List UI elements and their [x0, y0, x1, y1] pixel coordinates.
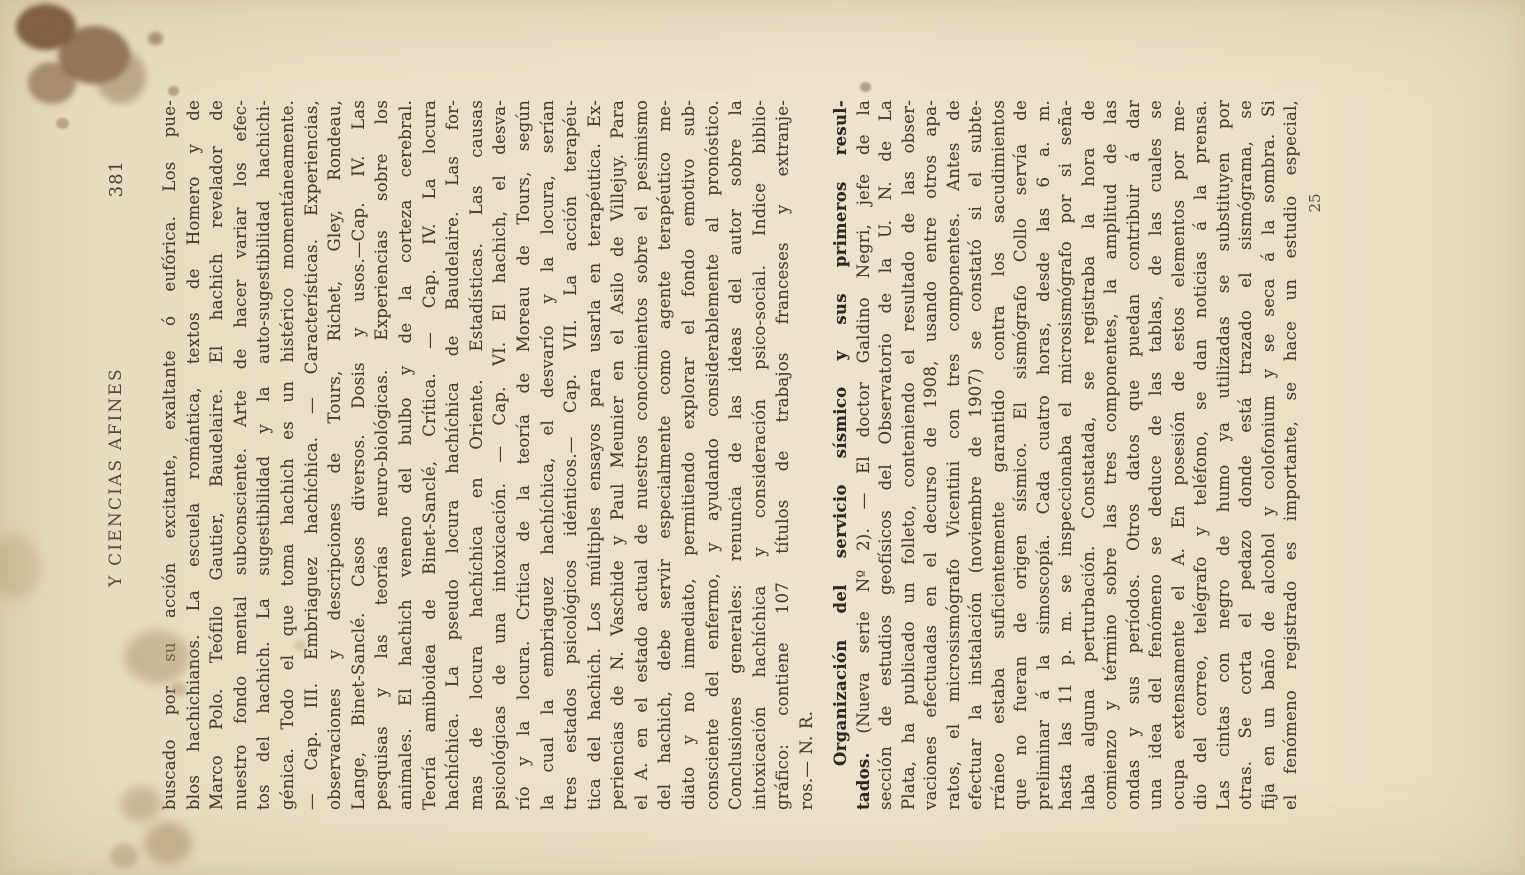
- text-line: ros.— N. R.: [795, 100, 819, 810]
- text-line: tados. (Nueva serie Nº 2). — El doctor G…: [853, 100, 876, 810]
- text-line: Marco Polo. Teófilo Gautier, Baudelaire.…: [205, 100, 229, 810]
- text-line: comienzo y término sobre las tres compon…: [1100, 100, 1123, 810]
- text-line: Conclusiones generales: renuncia de las …: [724, 100, 748, 810]
- text-line: el fenómeno registrado es importante, se…: [1280, 100, 1303, 810]
- text-line: hasta las 11 p. m. se inspeccionaba el m…: [1055, 100, 1078, 810]
- text-line: periencias de N. Vaschide y Paul Meunier…: [606, 100, 630, 810]
- text-line: ondas y sus períodos. Otros datos que pu…: [1123, 100, 1146, 810]
- text-line: diato y no inmediato, permitiendo explor…: [677, 100, 701, 810]
- text-line: preliminar á la simoscopía. Cada cuatro …: [1033, 100, 1056, 810]
- text-line: tica del hachich. Los múltiples ensayos …: [583, 100, 607, 810]
- scanned-book-page: Y CIENCIAS AFINES 381 buscado por su acc…: [0, 0, 1525, 875]
- running-title: Y CIENCIAS AFINES: [106, 367, 126, 587]
- text-line: Organización del servicio sísmico y sus …: [830, 100, 853, 810]
- text-line: rráneo estaba suficientemente garantido …: [988, 100, 1011, 810]
- signature-mark: 25: [1306, 183, 1324, 223]
- text-line: hachíchica. La pseudo locura hachíchica …: [441, 100, 465, 810]
- text-line: nuestro fondo mental subconsciente. Arte…: [229, 100, 253, 810]
- text-line: el A. en el estado actual de nuestros co…: [630, 100, 654, 810]
- text-line: Plata, ha publicado un folleto, contenie…: [898, 100, 921, 810]
- text-line: consciente del enfermo, y ayudando consi…: [701, 100, 725, 810]
- text-line: río y la locura. Crítica de la teoría de…: [512, 100, 536, 810]
- page-number: 381: [106, 160, 127, 197]
- text-line: fija en un baño de alcohol y colofonium …: [1258, 100, 1281, 810]
- text-line: que no fueran de origen sísmico. El sism…: [1010, 100, 1033, 810]
- text-line: efectuar la instalación (noviembre de 19…: [965, 100, 988, 810]
- text-line: sección de estudios geofísicos del Obser…: [875, 100, 898, 810]
- page-header: Y CIENCIAS AFINES 381: [106, 100, 126, 810]
- text-line: otras. Se corta el pedazo donde está tra…: [1235, 100, 1258, 810]
- text-line: animales. El hachich veneno del bulbo y …: [394, 100, 418, 810]
- text-line: génica. Todo el que toma hachich es un h…: [276, 100, 300, 810]
- text-line: mas de locura hachíchica en Oriente. Est…: [465, 100, 489, 810]
- review-hachich-text: buscado por su acción excitante, exaltan…: [158, 100, 819, 810]
- text-line: ratos, el microsismógrafo Vicentini con …: [943, 100, 966, 810]
- text-line: ocupa extensamente el A. En posesión de …: [1168, 100, 1191, 810]
- text-line: del hachich, debe servir especialmente c…: [653, 100, 677, 810]
- page-content-rotated: Y CIENCIAS AFINES 381 buscado por su acc…: [0, 0, 1525, 875]
- text-line: buscado por su acción excitante, exaltan…: [158, 100, 182, 810]
- text-line: tos del hachich. La sugestibilidad y la …: [252, 100, 276, 810]
- text-line: pesquisas y las teorías neuro-biológicas…: [370, 100, 394, 810]
- text-line: intoxicación hachíchica y consideración …: [748, 100, 772, 810]
- text-line: observaciones y descripciones de Tours, …: [323, 100, 347, 810]
- article-servicio-sismico-text: Organización del servicio sísmico y sus …: [830, 100, 1303, 810]
- text-line: gráfico: contiene 107 títulos de trabajo…: [771, 100, 795, 810]
- text-line: Lange, Binet-Sanclé. Casos diversos. Dos…: [347, 100, 371, 810]
- text-line: la cual la embriaguez hachíchica, el des…: [536, 100, 560, 810]
- text-line: Teoría amiboidea de Binet-Sanclé, Crític…: [418, 100, 442, 810]
- text-line: laba alguna perturbación. Constatada, se…: [1078, 100, 1101, 810]
- text-line: tres estados psicológicos idénticos.— Ca…: [559, 100, 583, 810]
- text-line: — Cap. III. Embriaguez hachíchica. — Car…: [300, 100, 324, 810]
- text-line: Las cintas con negro de humo ya utilizad…: [1213, 100, 1236, 810]
- text-line: psicológicas de una intoxicación. — Cap.…: [488, 100, 512, 810]
- text-line: blos hachichianos. La escuela romántica,…: [182, 100, 206, 810]
- text-line: dio del correo, telégrafo y teléfono, se…: [1190, 100, 1213, 810]
- text-line: una idea del fenómeno se deduce de las t…: [1145, 100, 1168, 810]
- text-line: vaciones efectuadas en el decurso de 190…: [920, 100, 943, 810]
